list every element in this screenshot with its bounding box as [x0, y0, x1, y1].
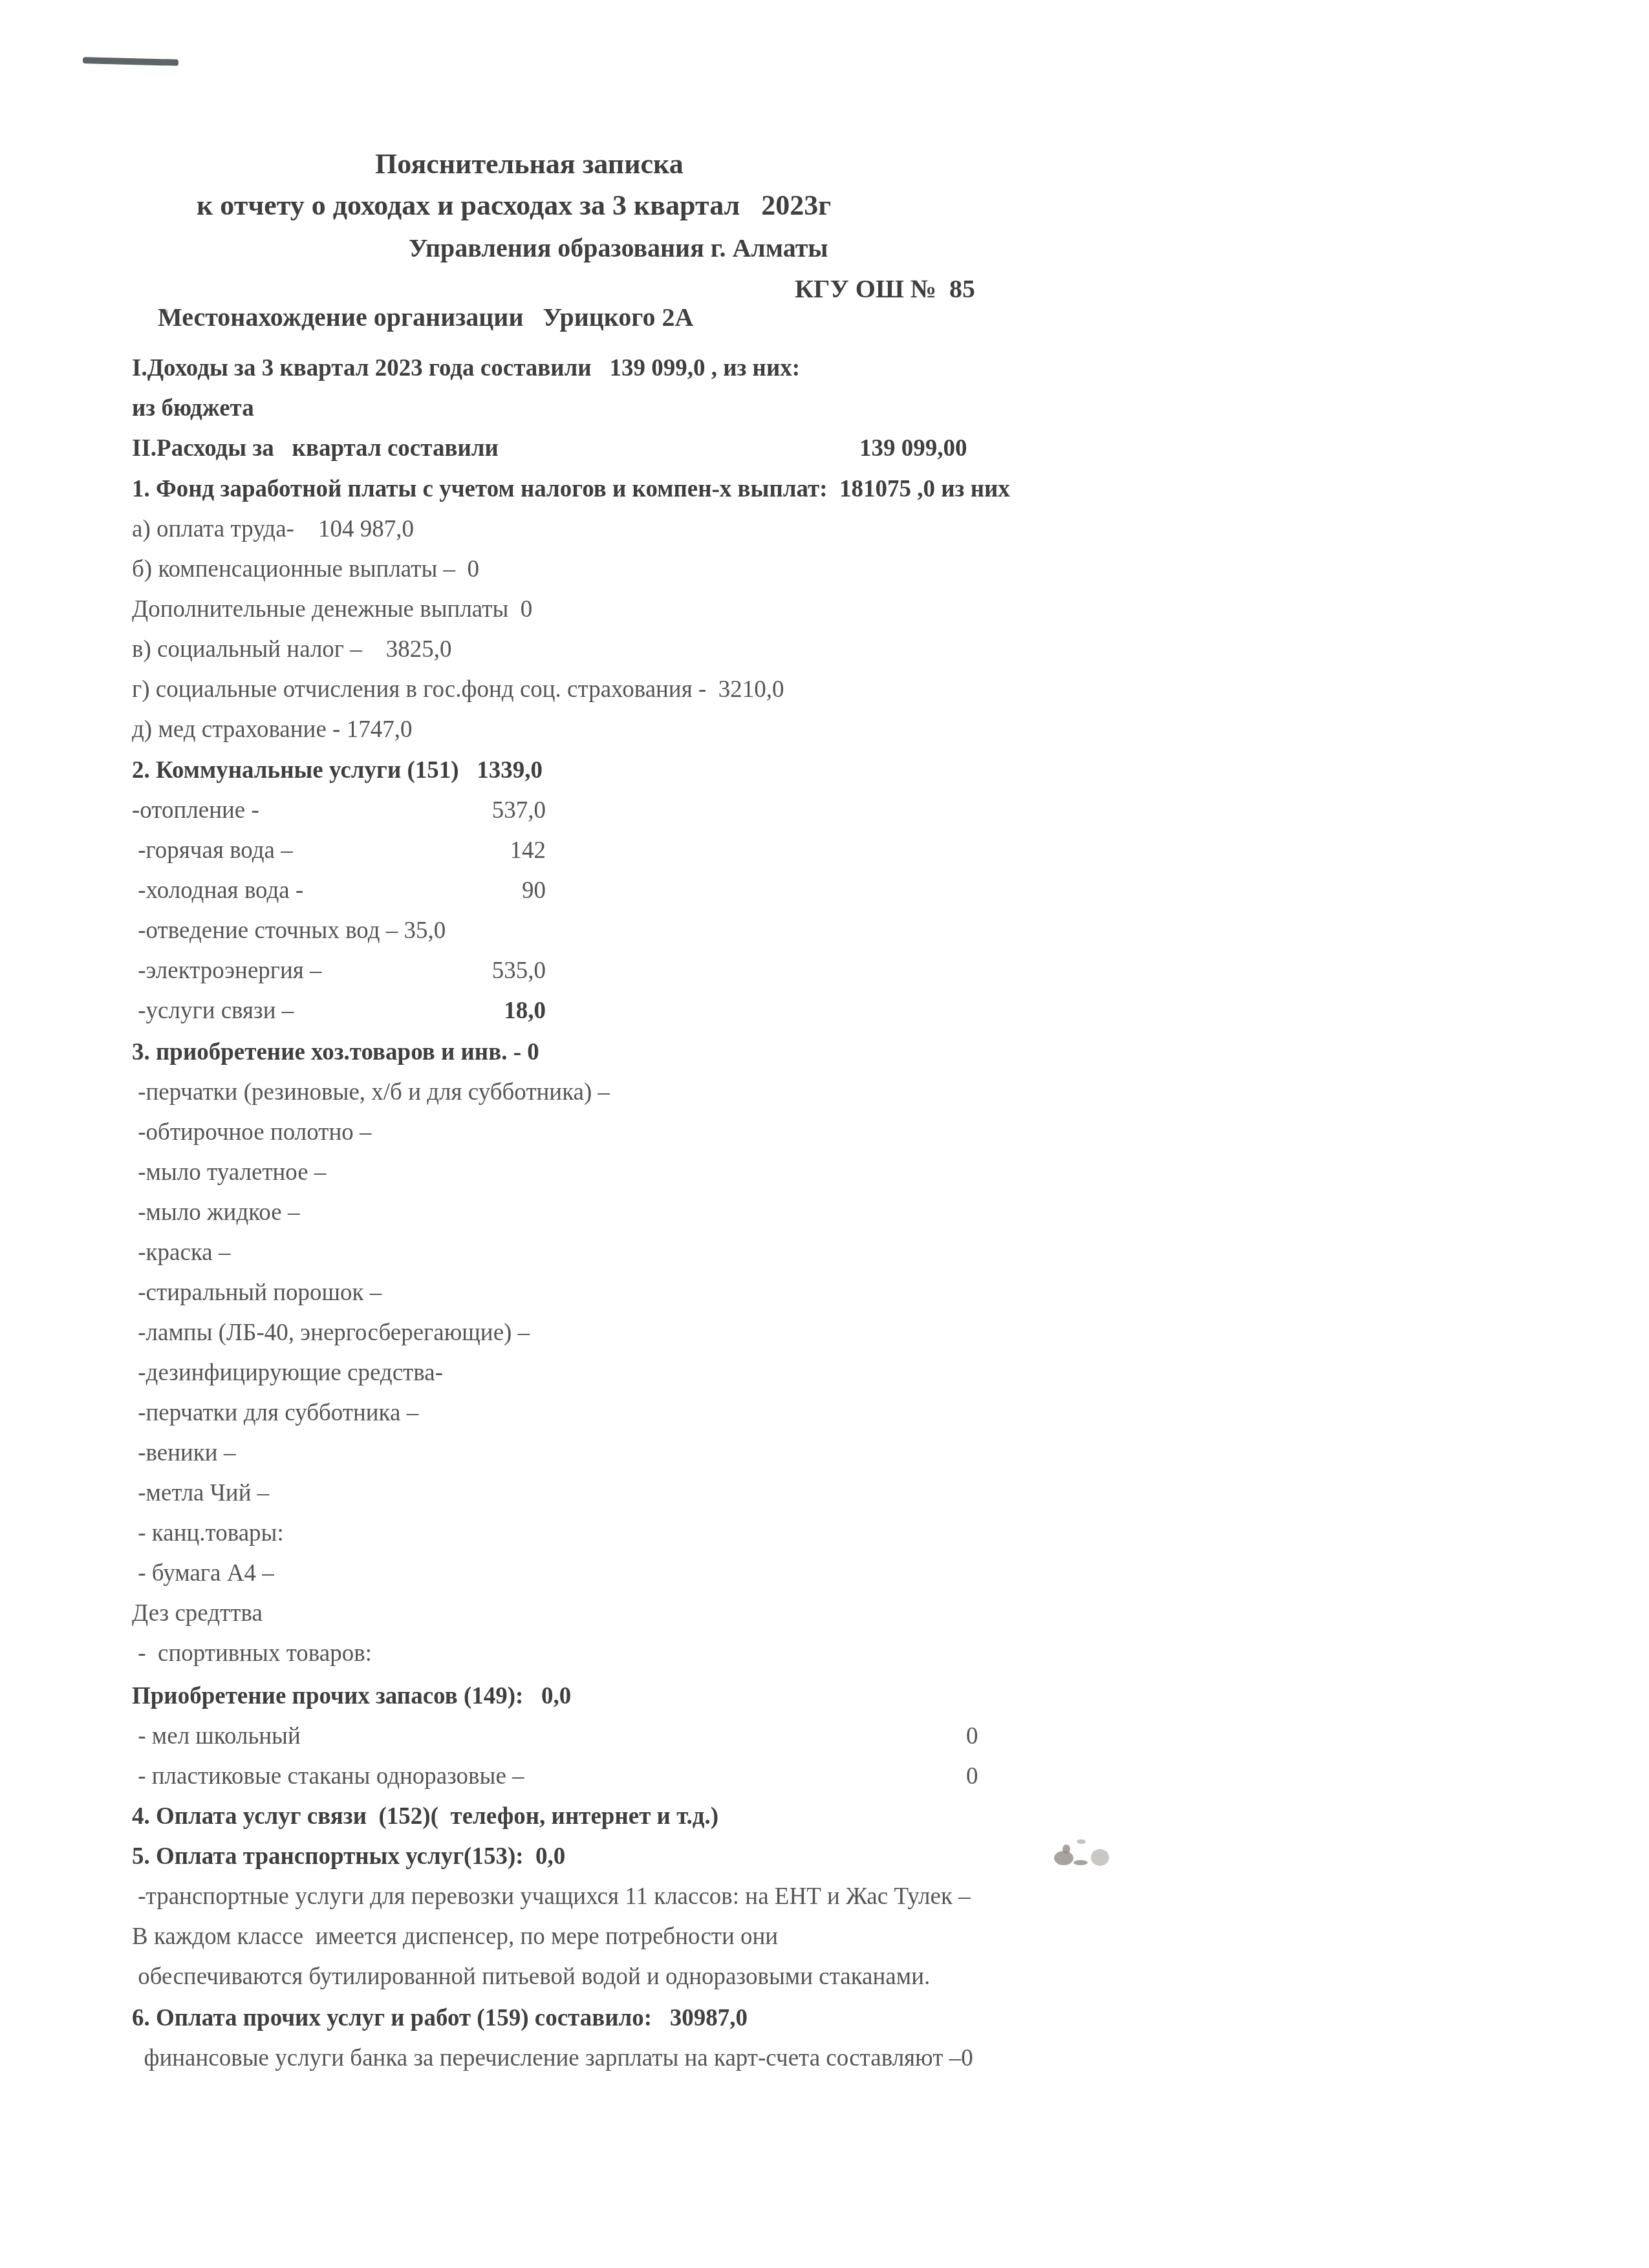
section3-heading: 3. приобретение хоз.товаров и инв. - 0 [132, 1038, 539, 1067]
household-item: -мыло туалетное – [132, 1159, 326, 1187]
utility-item-value: 142 [468, 837, 546, 865]
utility-item-label: -отведение сточных вод – 35,0 [132, 917, 446, 945]
salary-item: б) компенсационные выплаты – 0 [132, 555, 479, 584]
salary-item: д) мед страхование - 1747,0 [132, 716, 412, 744]
household-item: -стиральный порошок – [132, 1279, 382, 1307]
location-row: Местонахождение организации Урицкого 2А [132, 275, 693, 360]
stock-item-value: 0 [966, 1722, 978, 1751]
stock-item-label: - пластиковые стаканы одноразовые – [132, 1762, 524, 1791]
transport-note-line: -транспортные услуги для перевозки учащи… [132, 1883, 971, 1911]
household-item: -веники – [132, 1439, 235, 1468]
utility-item-label: -холодная вода - [132, 877, 303, 905]
utility-item-label: -отопление - [132, 797, 259, 825]
household-item: Дез средттва [132, 1599, 263, 1628]
salary-item: Дополнительные денежные выплаты 0 [132, 595, 532, 624]
household-item: -метла Чий – [132, 1479, 269, 1508]
org-name: КГУ ОШ № 85 [795, 275, 975, 303]
household-item: -мыло жидкое – [132, 1199, 299, 1227]
transport-note-line: В каждом классе имеется диспенсер, по ме… [132, 1923, 778, 1951]
transport-note-line: обеспечиваются бутилированной питьевой в… [132, 1963, 930, 1991]
stock-item-label: - мел школьный [132, 1722, 301, 1751]
household-item: -лампы (ЛБ-40, энергосберегающие) – [132, 1319, 530, 1347]
household-item: - спортивных товаров: [132, 1640, 372, 1668]
household-item: - канц.товары: [132, 1519, 284, 1548]
section1-heading: 1. Фонд заработной платы с учетом налого… [132, 475, 1010, 504]
location-value: Урицкого 2А [543, 303, 693, 332]
utility-item-label: -горячая вода – [132, 837, 293, 865]
utility-item-value: 537,0 [468, 797, 546, 825]
other-services-note-line: финансовые услуги банка за перечисление … [132, 2044, 973, 2073]
utility-item-label: -услуги связи – [132, 997, 294, 1025]
location-label: Местонахождение организации [158, 303, 523, 332]
section2-heading: 2. Коммунальные услуги (151) 1339,0 [132, 756, 543, 785]
utility-item-label: -электроэнергия – [132, 957, 322, 985]
household-item: -обтирочное полотно – [132, 1118, 371, 1147]
section5-heading: 5. Оплата транспортных услуг(153): 0,0 [132, 1843, 565, 1871]
utility-item-value: 18,0 [468, 997, 546, 1025]
salary-item: а) оплата труда- 104 987,0 [132, 515, 414, 544]
section6-heading: 6. Оплата прочих услуг и работ (159) сос… [132, 2004, 748, 2033]
household-item: -перчатки для субботника – [132, 1399, 418, 1428]
salary-item: в) социальный налог – 3825,0 [132, 636, 452, 664]
household-item: -дезинфицирующие средства- [132, 1359, 443, 1387]
section4-heading: 4. Оплата услуг связи (152)( телефон, ин… [132, 1803, 718, 1831]
household-item: -краска – [132, 1239, 230, 1267]
expenses-heading-value: 139 099,00 [859, 434, 967, 463]
document-subtitle: к отчету о доходах и расходах за 3 кварт… [197, 191, 831, 220]
scan-pen-mark [83, 57, 178, 66]
household-item: -перчатки (резиновые, х/б и для субботни… [132, 1078, 610, 1107]
organization-authority: Управления образования г. Алматы [409, 234, 828, 262]
ink-smudge [1051, 1839, 1112, 1868]
expenses-heading-label: II.Расходы за квартал составили [132, 434, 499, 463]
household-item: - бумага А4 – [132, 1559, 274, 1588]
utility-item-value: 90 [468, 877, 546, 905]
income-heading: I.Доходы за 3 квартал 2023 года составил… [132, 354, 800, 383]
utility-item-value: 535,0 [468, 957, 546, 985]
other-stock-heading: Приобретение прочих запасов (149): 0,0 [132, 1682, 571, 1711]
document-title: Пояснительная записка [375, 150, 684, 178]
income-source: из бюджета [132, 394, 254, 423]
salary-item: г) социальные отчисления в гос.фонд соц.… [132, 676, 784, 704]
stock-item-value: 0 [966, 1762, 978, 1791]
